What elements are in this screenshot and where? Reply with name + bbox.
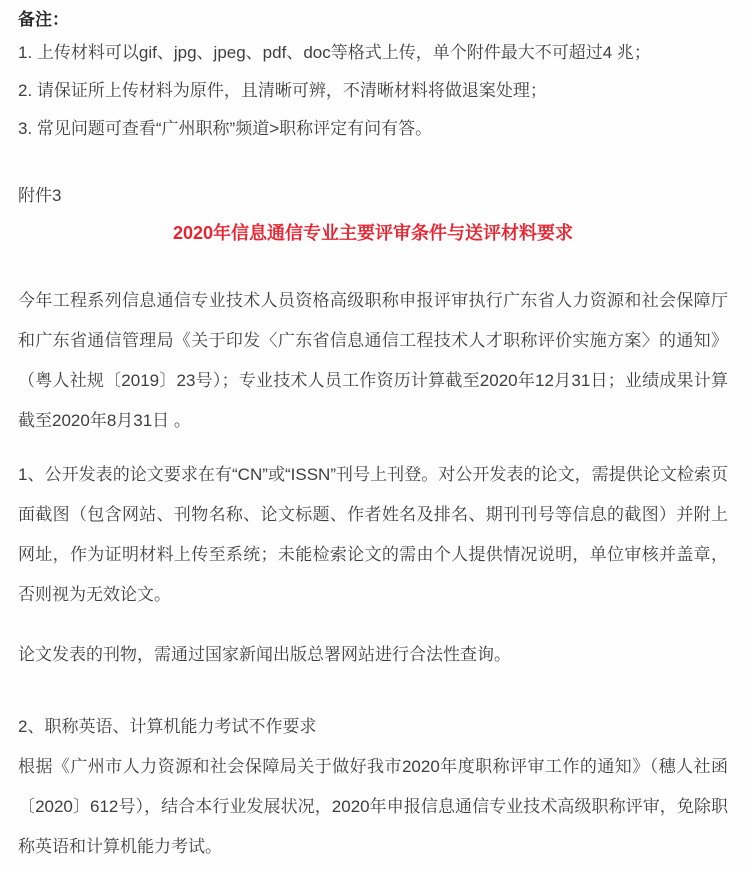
attachment-label: 附件3 xyxy=(18,184,728,207)
document-page: 备注： 1. 上传材料可以gif、jpg、jpeg、pdf、doc等格式上传，单… xyxy=(0,0,746,873)
requirement-2-detail: 根据《广州市人力资源和社会保障局关于做好我市2020年度职称评审工作的通知》（穗… xyxy=(18,747,728,867)
requirement-2-heading: 2、职称英语、计算机能力考试不作要求 xyxy=(18,707,728,747)
note-item-3: 3. 常见问题可查看“广州职称”频道>职称评定有问有答。 xyxy=(18,117,728,140)
requirement-1-note: 论文发表的刊物，需通过国家新闻出版总署网站进行合法性查询。 xyxy=(18,635,728,675)
requirement-1-paragraph: 1、公开发表的论文要求在有“CN”或“ISSN”刊号上刊登。对公开发表的论文，需… xyxy=(18,455,728,615)
notes-heading: 备注： xyxy=(18,8,728,31)
note-item-2: 2. 请保证所上传材料为原件，且清晰可辨，不清晰材料将做退案处理； xyxy=(18,79,728,102)
note-item-1: 1. 上传材料可以gif、jpg、jpeg、pdf、doc等格式上传，单个附件最… xyxy=(18,41,728,64)
document-title: 2020年信息通信专业主要评审条件与送评材料要求 xyxy=(18,221,728,245)
intro-paragraph: 今年工程系列信息通信专业技术人员资格高级职称申报评审执行广东省人力资源和社会保障… xyxy=(18,281,728,441)
